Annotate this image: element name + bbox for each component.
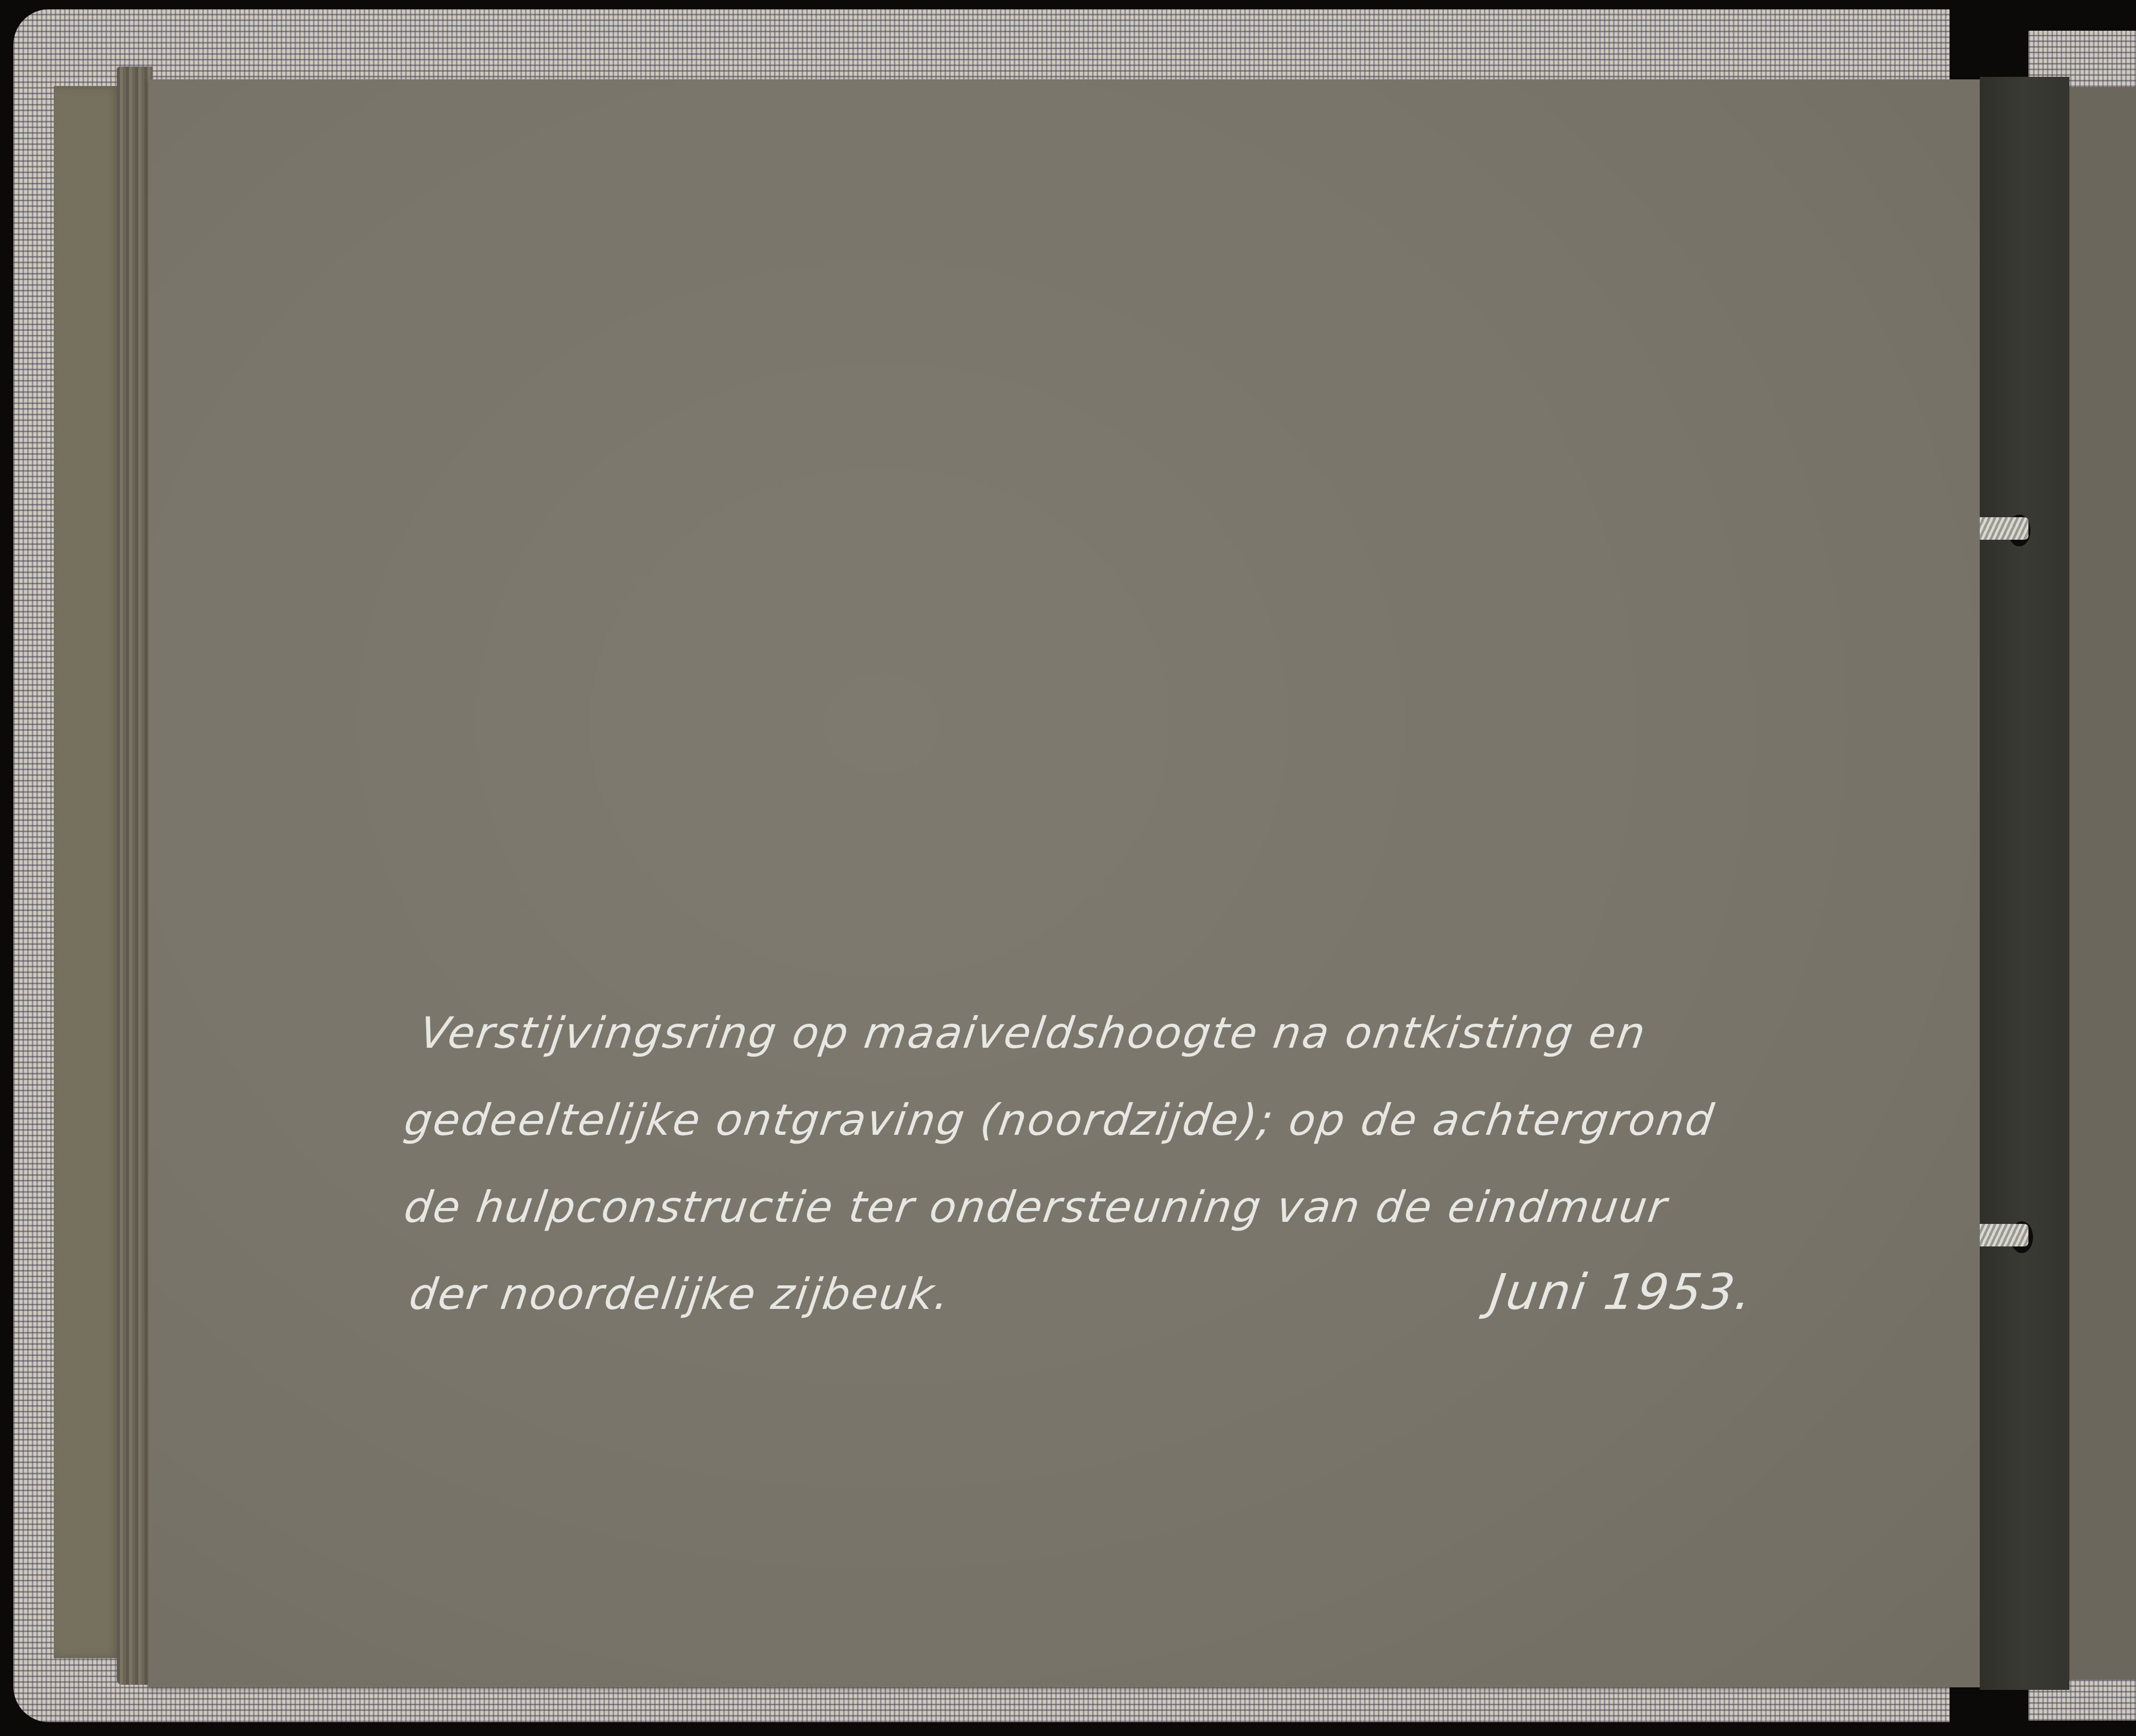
next-page-edge xyxy=(2069,87,2136,1680)
binding-gutter xyxy=(1980,77,2069,1690)
caption-line-2: gedeeltelijke ontgraving (noordzijde); o… xyxy=(402,1098,1718,1141)
left-flap xyxy=(54,86,120,1658)
caption-date: Juni 1953. xyxy=(1487,1267,1756,1317)
album-page: Verstijvingsring op maaiveldshoogte na o… xyxy=(149,79,1980,1687)
handwritten-caption: Verstijvingsring op maaiveldshoogte na o… xyxy=(149,79,1980,1687)
caption-line-1: Verstijvingsring op maaiveldshoogte na o… xyxy=(417,1011,1649,1054)
caption-line-4: der noordelijke zijbeuk. xyxy=(407,1273,953,1316)
binding-cord-top xyxy=(1980,517,2028,540)
page-stack-edges xyxy=(117,67,153,1685)
caption-line-3: de hulpconstructie ter ondersteuning van… xyxy=(402,1185,1670,1229)
binding-cord-bottom xyxy=(1980,1224,2028,1246)
